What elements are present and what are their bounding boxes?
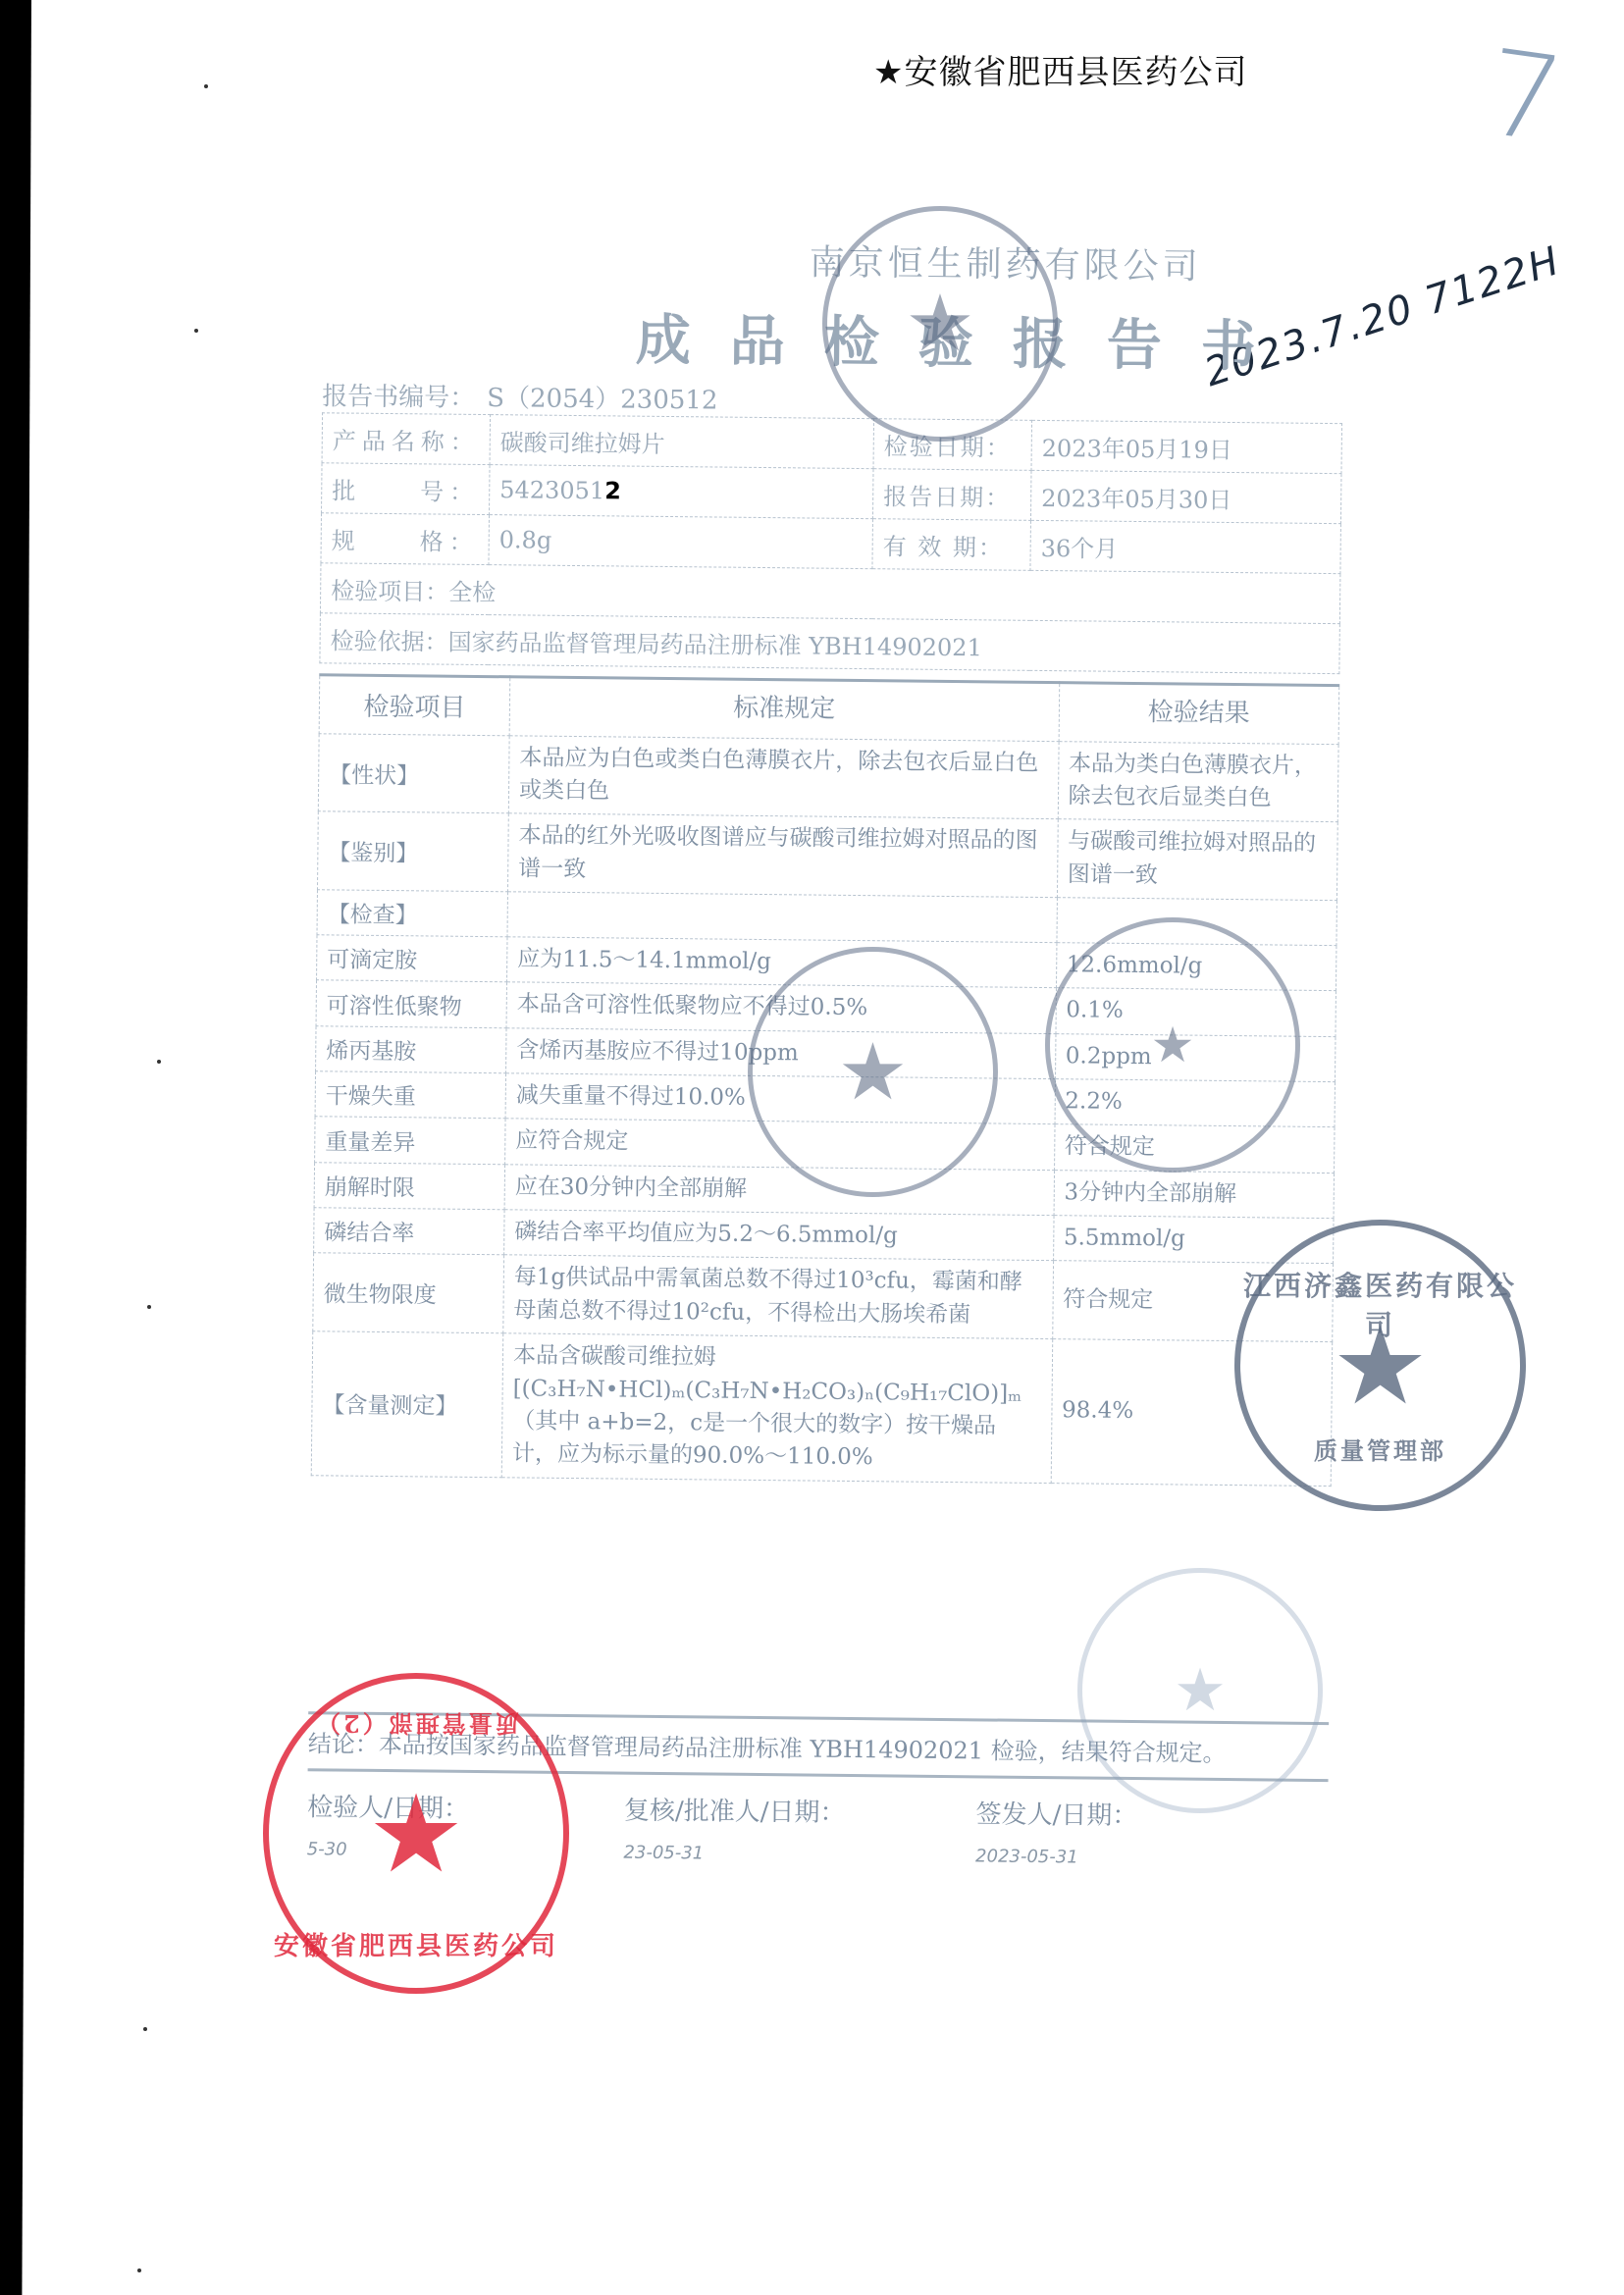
product-name: 碳酸司维拉姆片 xyxy=(490,415,874,469)
star-icon: ★ xyxy=(1151,1020,1195,1069)
test-result: 3分钟内全部崩解 xyxy=(1054,1170,1335,1218)
batch-number: 54230512 xyxy=(489,465,873,519)
test-result: 本品为类白色薄膜衣片，除去包衣后显类白色 xyxy=(1058,741,1338,822)
issuer-date: 2023-05-31 xyxy=(975,1846,1328,1870)
company-seal-top: ★ xyxy=(822,206,1058,442)
test-items-label: 检验项目： xyxy=(331,577,448,605)
test-standard: 本品的红外光吸收图谱应与碳酸司维拉姆对照品的图谱一致 xyxy=(507,813,1057,898)
test-item: 可溶性低聚物 xyxy=(316,980,506,1027)
test-standard: 每1g供试品中需氧菌总数不得过10³cfu，霉菌和酵母菌总数不得过10²cfu，… xyxy=(503,1255,1053,1339)
test-item: 可滴定胺 xyxy=(317,935,507,982)
scan-border xyxy=(0,0,31,2295)
jiangxi-seal-text: 江西济鑫医药有限公司 xyxy=(1240,1265,1520,1343)
test-standard: 本品应为白色或类白色薄膜衣片，除去包衣后显白色或类白色 xyxy=(508,735,1058,819)
scan-dot xyxy=(204,84,208,88)
test-item: 崩解时限 xyxy=(314,1163,504,1210)
spec-label: 规 格： xyxy=(321,513,490,565)
star-icon: ★ xyxy=(1174,1661,1227,1720)
issuer-label: 签发人/日期： xyxy=(975,1799,1137,1831)
test-result: 与碳酸司维拉姆对照品的图谱一致 xyxy=(1057,819,1337,901)
test-item: 重量差异 xyxy=(315,1117,505,1164)
batch-handwritten-digit: 2 xyxy=(604,477,621,504)
test-item: 干燥失重 xyxy=(315,1071,505,1119)
star-icon: ★ xyxy=(905,285,975,363)
validity: 36个月 xyxy=(1030,520,1341,573)
star-icon: ★ xyxy=(368,1780,465,1888)
col-header-item: 检验项目 xyxy=(319,675,510,736)
red-seal-sub: 质量管理部（2） xyxy=(314,1708,519,1743)
test-item: 【鉴别】 xyxy=(317,811,508,892)
scan-dot xyxy=(147,1305,151,1309)
report-date-label: 报告日期： xyxy=(872,469,1031,521)
inspection-date: 2023年05月19日 xyxy=(1031,420,1342,473)
faint-seal: ★ xyxy=(1077,1568,1323,1813)
product-name-label: 产品名称： xyxy=(322,413,491,465)
scan-dot xyxy=(157,1060,161,1064)
reviewer-signature: 复核/批准人/日期： 23-05-31 xyxy=(623,1790,975,1866)
distributor-header: ★安徽省肥西县医药公司 xyxy=(873,45,1247,93)
qc-seal-2: ★ xyxy=(1045,917,1300,1173)
test-standard: 磷结合率平均值应为5.2～6.5mmol/g xyxy=(504,1210,1054,1261)
scan-dot xyxy=(194,329,198,333)
test-standard: 应为11.5～14.1mmol/g xyxy=(506,937,1056,988)
scanned-document-page: ★安徽省肥西县医药公司 7 2023.7.20 7122H 南京恒生制药有限公司… xyxy=(0,0,1624,2295)
test-item: 【含量测定】 xyxy=(311,1331,503,1477)
test-row: 【含量测定】本品含碳酸司维拉姆 [(C₃H₇N•HCl)ₘ(C₃H₇N•H₂CO… xyxy=(311,1331,1332,1486)
test-item: 烯丙基胺 xyxy=(316,1026,506,1073)
spec: 0.8g xyxy=(489,515,873,569)
test-standard: 本品含碳酸司维拉姆 [(C₃H₇N•HCl)ₘ(C₃H₇N•H₂CO₃)ₙ(C₉… xyxy=(501,1333,1052,1483)
jiangxi-seal-sub: 质量管理部 xyxy=(1314,1432,1446,1466)
test-row: 微生物限度每1g供试品中需氧菌总数不得过10³cfu，霉菌和酵母菌总数不得过10… xyxy=(313,1253,1334,1342)
reviewer-date: 23-05-31 xyxy=(623,1842,975,1866)
red-seal-text: 安徽省肥西县医药公司 xyxy=(274,1926,558,1962)
test-item: 【性状】 xyxy=(318,733,509,813)
handwritten-page-number: 7 xyxy=(1478,25,1571,170)
issuer-signature: 签发人/日期： 2023-05-31 xyxy=(975,1794,1328,1870)
basis-value: 国家药品监督管理局药品注册标准 YBH14902021 xyxy=(447,628,981,661)
qc-seal-1: ★ xyxy=(748,947,998,1197)
report-number-label: 报告书编号： xyxy=(322,382,475,413)
batch-printed: 5423051 xyxy=(499,476,604,504)
report-number-value: S（2054）230512 xyxy=(487,384,718,415)
scan-dot xyxy=(143,2027,147,2031)
star-icon: ★ xyxy=(838,1033,909,1112)
test-standard: 应在30分钟内全部崩解 xyxy=(504,1165,1054,1216)
test-item: 微生物限度 xyxy=(313,1253,504,1333)
jiangxi-seal: ★ 江西济鑫医药有限公司 质量管理部 xyxy=(1234,1220,1526,1511)
test-row: 【性状】本品应为白色或类白色薄膜衣片，除去包衣后显白色或类白色本品为类白色薄膜衣… xyxy=(318,733,1338,822)
batch-label: 批 号： xyxy=(322,463,491,515)
red-seal: ★ 质量管理部（2） 安徽省肥西县医药公司 xyxy=(263,1673,569,1994)
test-standard xyxy=(507,892,1057,943)
test-item: 磷结合率 xyxy=(314,1208,504,1255)
reviewer-label: 复核/批准人/日期： xyxy=(624,1796,846,1827)
product-info-table: 产品名称： 碳酸司维拉姆片 检验日期： 2023年05月19日 批 号： 542… xyxy=(319,412,1342,674)
col-header-standard: 标准规定 xyxy=(509,677,1059,742)
col-header-result: 检验结果 xyxy=(1059,683,1339,745)
test-item: 【检查】 xyxy=(317,890,507,937)
report-date: 2023年05月30日 xyxy=(1030,470,1341,523)
basis-label: 检验依据： xyxy=(331,627,448,655)
test-basis: 检验依据：国家药品监督管理局药品注册标准 YBH14902021 xyxy=(320,613,1339,674)
validity-label: 有 效 期： xyxy=(872,519,1031,571)
test-items-value: 全检 xyxy=(448,578,496,606)
scan-dot xyxy=(137,2269,141,2272)
test-row: 【鉴别】本品的红外光吸收图谱应与碳酸司维拉姆对照品的图谱一致与碳酸司维拉姆对照品… xyxy=(317,811,1337,901)
